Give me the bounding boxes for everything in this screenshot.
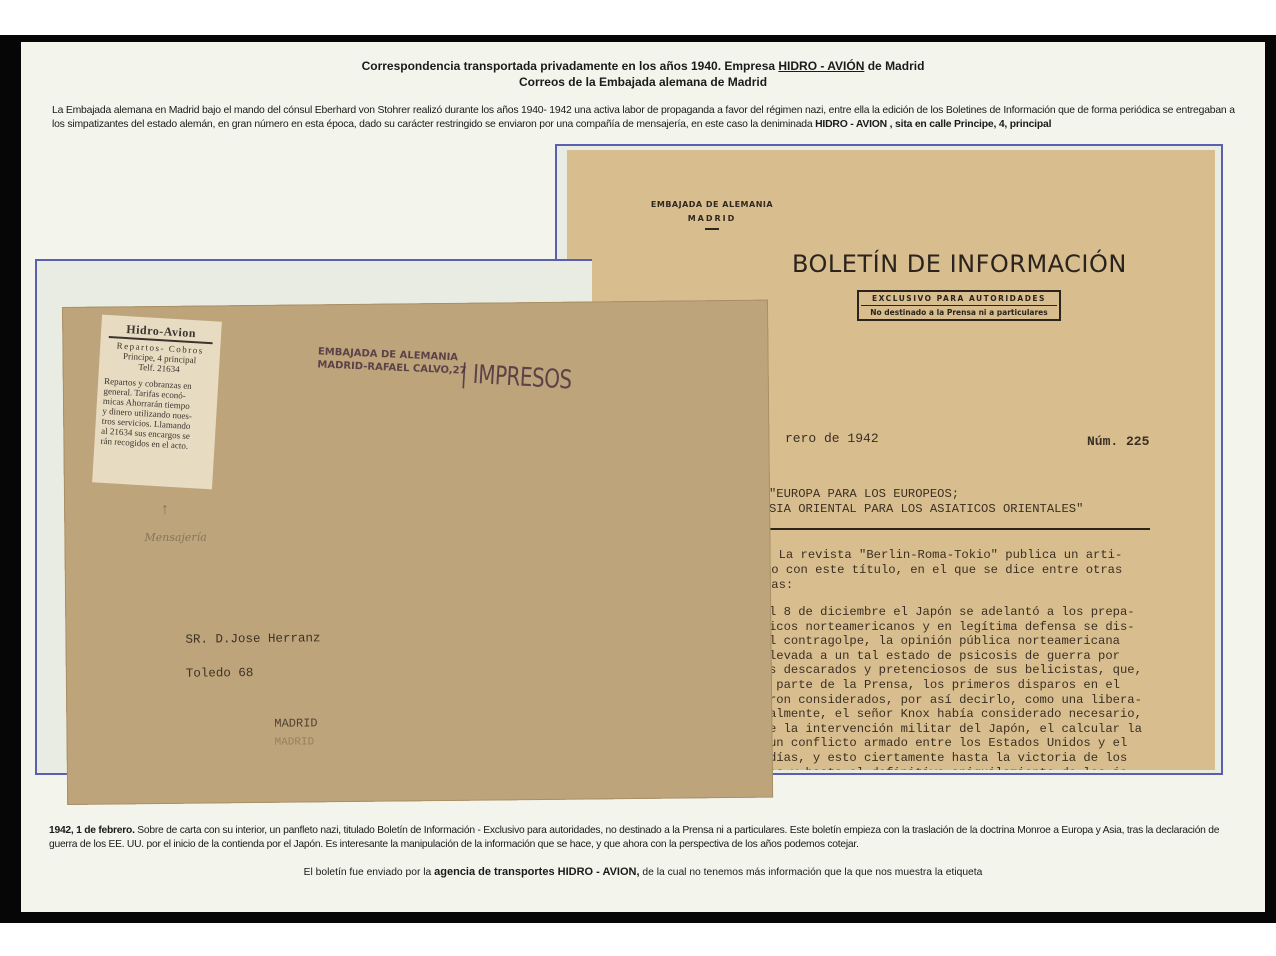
bulletin-sender: EMBAJADA DE ALEMANIA MADRID (642, 198, 782, 230)
page-title: Correspondencia transportada privadament… (21, 58, 1265, 90)
bulletin-date: rero de 1942 (785, 431, 879, 446)
envelope: Hidro-Avion Repartos- Cobros Principe, 4… (62, 300, 773, 805)
bulletin-headline: "EUROPA PARA LOS EUROPEOS; L ASIA ORIENT… (747, 487, 1083, 517)
recipient-city-faint: MADRID (275, 736, 315, 748)
company-name: HIDRO - AVIÓN (778, 59, 864, 73)
recipient-city: MADRID (274, 716, 317, 730)
bulletin-title: BOLETÍN DE INFORMACIÓN (792, 250, 1127, 278)
bulletin-number: Núm. 225 (1087, 434, 1149, 449)
bulletin-restriction-box: EXCLUSIVO PARA AUTORIDADES No destinado … (857, 290, 1061, 321)
embassy-stamp: EMBAJADA DE ALEMANIA MADRID-RAFAEL CALVO… (317, 345, 467, 377)
courier-label: Hidro-Avion Repartos- Cobros Principe, 4… (92, 315, 222, 490)
recipient-address: SR. D.Jose Herranz Toledo 68 (185, 621, 321, 690)
headline-rule (762, 528, 1150, 530)
intro-paragraph: La Embajada alemana en Madrid bajo el ma… (52, 104, 1242, 132)
bulletin-intro: La revista "Berlin-Roma-Tokio" publica u… (742, 548, 1212, 593)
pencil-note: Mensajería (144, 530, 206, 544)
page-subtitle: Correos de la Embajada alemana de Madrid (21, 74, 1265, 90)
bulletin-body: o el 8 de diciembre el Japón se adelantó… (747, 605, 1215, 770)
impresos-stamp: | IMPRESOS (460, 357, 573, 395)
pencil-arrow-icon: ↑ (160, 501, 170, 519)
